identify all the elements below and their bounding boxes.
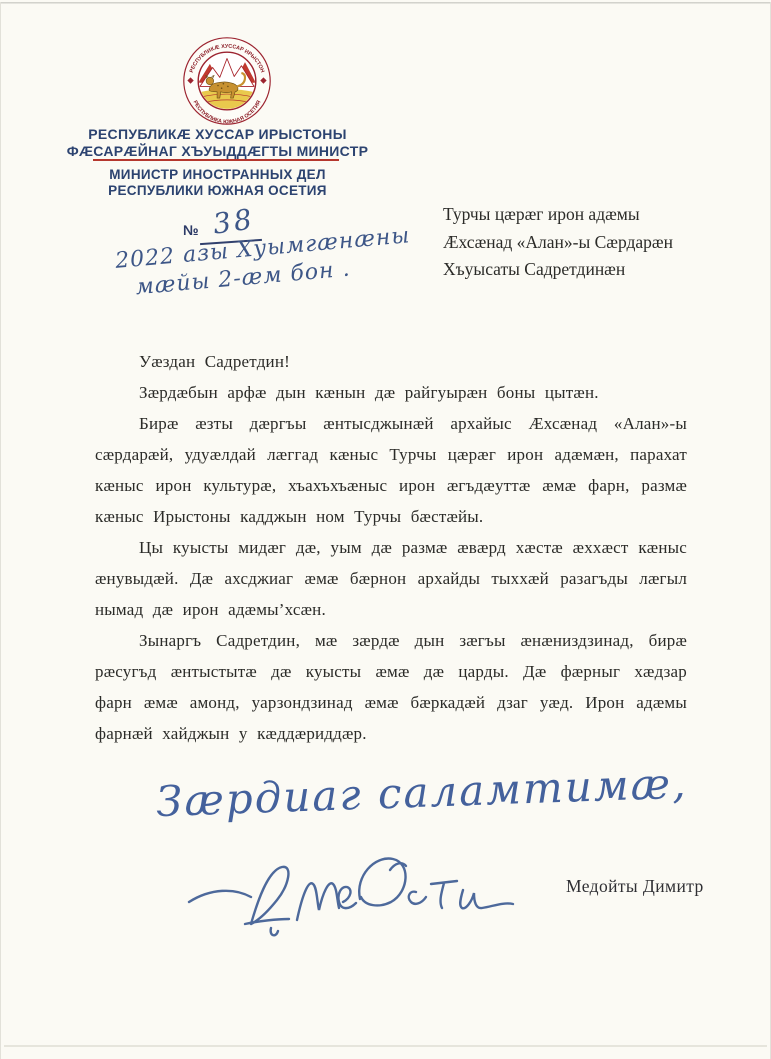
letter-page: РЕСПУБЛИКÆ ХУССАР ИРЫСТОН РЕСПУБЛИКА ЮЖН… [0,0,771,1059]
body-paragraph-4: Зынаргъ Садретдин, мæ зæрдæ дын зæгъы æн… [95,625,687,749]
ministry-title-ossetian: РЕСПУБЛИКÆ ХУССАР ИРЫСТОНЫ ФÆСАРÆЙНАГ ХЪ… [35,126,400,160]
ministry-title-ossetian-line1: РЕСПУБЛИКÆ ХУССАР ИРЫСТОНЫ [35,126,400,143]
scan-edge-top [0,2,771,4]
reference-number-value: 38 [211,202,257,240]
body-paragraph-3: Цы куысты мидæг дæ, уым дæ размæ æвæрд х… [95,532,687,625]
salutation: Уæздан Садретдин! [95,346,687,377]
scan-edge-bottom [4,1045,767,1047]
reference-number-label: № [183,222,199,238]
recipient-block: Турчы цæрæг ирон адæмы Æхсæнад «Алан»-ы … [443,201,673,284]
ministry-title-russian-line1: МИНИСТР ИНОСТРАННЫХ ДЕЛ [35,167,400,183]
red-divider [93,159,339,161]
body-paragraph-1: Зæрдæбын арфæ дын кæнын дæ райгуырæн бон… [95,377,687,408]
signer-name: Медойты Димитр [566,876,704,897]
scan-edge-left [0,2,1,1059]
ministry-title-ossetian-line2: ФÆСАРÆЙНАГ ХЪУЫДДÆГТЫ МИНИСТР [35,143,400,160]
recipient-line2: Æхсæнад «Алан»-ы Сæрдарæн [443,229,673,257]
handwritten-closing: Зæрдиаг саламтимæ, [155,759,676,826]
ministry-title-russian: МИНИСТР ИНОСТРАННЫХ ДЕЛ РЕСПУБЛИКИ ЮЖНАЯ… [35,167,400,199]
body-paragraph-2: Бирæ æзты дæргъы æнтысджынæй архайыс Æхс… [95,408,687,532]
letter-body: Уæздан Садретдин! Зæрдæбын арфæ дын кæны… [95,346,687,749]
handwritten-date: 2022 азы Хуымгæнæны мæйы 2-æм бон . [114,222,414,304]
recipient-line1: Турчы цæрæг ирон адæмы [443,201,673,229]
coat-of-arms-icon: РЕСПУБЛИКÆ ХУССАР ИРЫСТОН РЕСПУБЛИКА ЮЖН… [182,36,272,126]
recipient-line3: Хъуысаты Садретдинæн [443,256,673,284]
ministry-title-russian-line2: РЕСПУБЛИКИ ЮЖНАЯ ОСЕТИЯ [35,183,400,199]
signature-icon [185,840,515,940]
